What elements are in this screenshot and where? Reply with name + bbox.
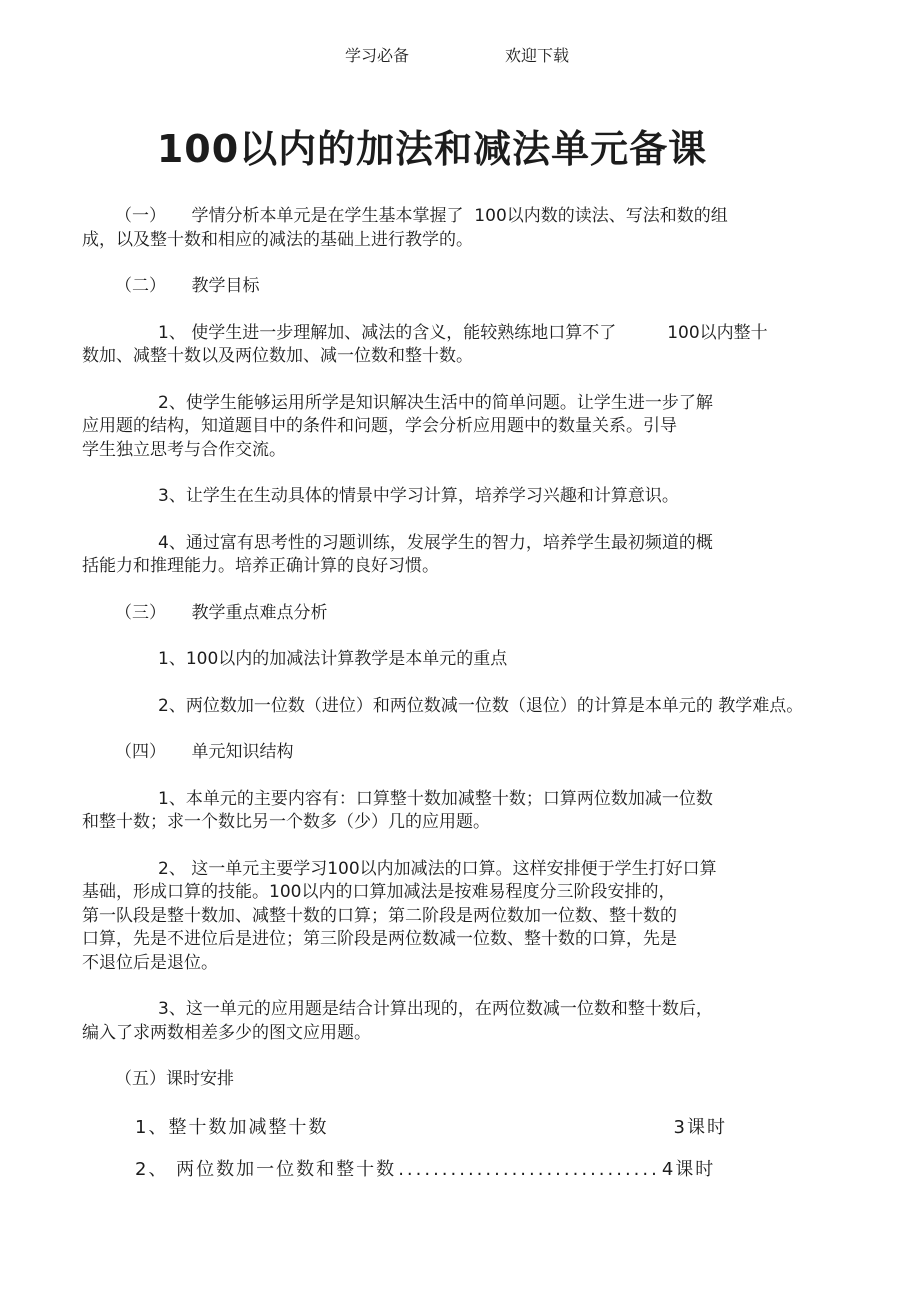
paragraph: 1、100以内的加减法计算教学是本单元的重点 — [82, 648, 882, 672]
header-watermark-right: 欢迎下载 — [505, 45, 569, 67]
text-line: 3、这一单元的应用题是结合计算出现的，在两位数减一位数和整十数后， — [82, 998, 882, 1022]
text-line: 学生独立思考与合作交流。 — [82, 439, 882, 463]
text-line: 不退位后是退位。 — [82, 952, 882, 976]
paragraph: 4、通过富有思考性的习题训练，发展学生的智力，培养学生最初频道的概括能力和推理能… — [82, 532, 882, 579]
paragraph: （一） 学情分析本单元是在学生基本掌握了 100以内数的读法、写法和数的组成，以… — [82, 205, 882, 252]
text-line: （一） 学情分析本单元是在学生基本掌握了 100以内数的读法、写法和数的组 — [82, 205, 882, 229]
paragraph: 3、这一单元的应用题是结合计算出现的，在两位数减一位数和整十数后，编入了求两数相… — [82, 998, 882, 1045]
paragraph: 2、 这一单元主要学习100以内加减法的口算。这样安排便于学生打好口算基础，形成… — [82, 858, 882, 976]
paragraph: （五）课时安排 — [82, 1068, 882, 1092]
text-line: 1、 使学生进一步理解加、减法的含义，能较熟练地口算不了 100以内整十 — [82, 322, 882, 346]
paragraph: （二） 教学目标 — [82, 275, 882, 299]
page-header: 学习必备 欢迎下载 — [345, 0, 920, 67]
text-line: 2、两位数加一位数（进位）和两位数减一位数（退位）的计算是本单元的 教学难点。 — [82, 695, 882, 719]
document-body: （一） 学情分析本单元是在学生基本掌握了 100以内数的读法、写法和数的组成，以… — [82, 205, 882, 1092]
text-line: （二） 教学目标 — [82, 275, 882, 299]
document-page: 学习必备 欢迎下载 100以内的加法和减法单元备课 （一） 学情分析本单元是在学… — [0, 0, 920, 1303]
text-line: （五）课时安排 — [82, 1068, 882, 1092]
text-line: 2、使学生能够运用所学是知识解决生活中的简单问题。让学生进一步了解 — [82, 392, 882, 416]
text-line: 数加、减整十数以及两位数加、减一位数和整十数。 — [82, 345, 882, 369]
schedule-item-label: 1、整十数加减整十数 — [135, 1115, 328, 1141]
page-title: 100以内的加法和减法单元备课 — [82, 125, 782, 173]
schedule-list: 1、整十数加减整十数3课时2、 两位数加一位数和整十数.............… — [135, 1115, 775, 1183]
text-line: 4、通过富有思考性的习题训练，发展学生的智力，培养学生最初频道的概 — [82, 532, 882, 556]
text-line: 1、本单元的主要内容有：口算整十数加减整十数；口算两位数加减一位数 — [82, 788, 882, 812]
text-line: 应用题的结构，知道题目中的条件和问题，学会分析应用题中的数量关系。引导 — [82, 415, 882, 439]
text-line: 编入了求两数相差多少的图文应用题。 — [82, 1022, 882, 1046]
text-line: 2、 这一单元主要学习100以内加减法的口算。这样安排便于学生打好口算 — [82, 858, 882, 882]
text-line: 和整十数；求一个数比另一个数多（少）几的应用题。 — [82, 811, 882, 835]
paragraph: 1、本单元的主要内容有：口算整十数加减整十数；口算两位数加减一位数和整十数；求一… — [82, 788, 882, 835]
text-line: 括能力和推理能力。培养正确计算的良好习惯。 — [82, 555, 882, 579]
text-line: 1、100以内的加减法计算教学是本单元的重点 — [82, 648, 882, 672]
paragraph: 2、两位数加一位数（进位）和两位数减一位数（退位）的计算是本单元的 教学难点。 — [82, 695, 882, 719]
text-line: 3、让学生在生动具体的情景中学习计算，培养学习兴趣和计算意识。 — [82, 485, 882, 509]
schedule-row: 2、 两位数加一位数和整十数..........................… — [135, 1157, 775, 1183]
schedule-item-label: 2、 两位数加一位数和整十数 — [135, 1157, 396, 1183]
text-line: 第一队段是整十数加、减整十数的口算；第二阶段是两位数加一位数、整十数的 — [82, 905, 882, 929]
text-line: 口算，先是不进位后是进位；第三阶段是两位数减一位数、整十数的口算，先是 — [82, 928, 882, 952]
paragraph: （四） 单元知识结构 — [82, 741, 882, 765]
paragraph: 3、让学生在生动具体的情景中学习计算，培养学习兴趣和计算意识。 — [82, 485, 882, 509]
header-watermark-left: 学习必备 — [345, 45, 409, 67]
paragraph: （三） 教学重点难点分析 — [82, 602, 882, 626]
text-line: 基础，形成口算的技能。100以内的口算加减法是按难易程度分三阶段安排的， — [82, 881, 882, 905]
text-line: 成，以及整十数和相应的减法的基础上进行教学的。 — [82, 229, 882, 253]
schedule-row: 1、整十数加减整十数3课时 — [135, 1115, 727, 1141]
dot-leader: .............................. — [396, 1157, 662, 1183]
text-line: （四） 单元知识结构 — [82, 741, 882, 765]
text-line: （三） 教学重点难点分析 — [82, 602, 882, 626]
schedule-item-hours: 3课时 — [674, 1115, 727, 1141]
schedule-item-hours: 4课时 — [662, 1157, 715, 1183]
paragraph: 2、使学生能够运用所学是知识解决生活中的简单问题。让学生进一步了解应用题的结构，… — [82, 392, 882, 463]
paragraph: 1、 使学生进一步理解加、减法的含义，能较熟练地口算不了 100以内整十数加、减… — [82, 322, 882, 369]
